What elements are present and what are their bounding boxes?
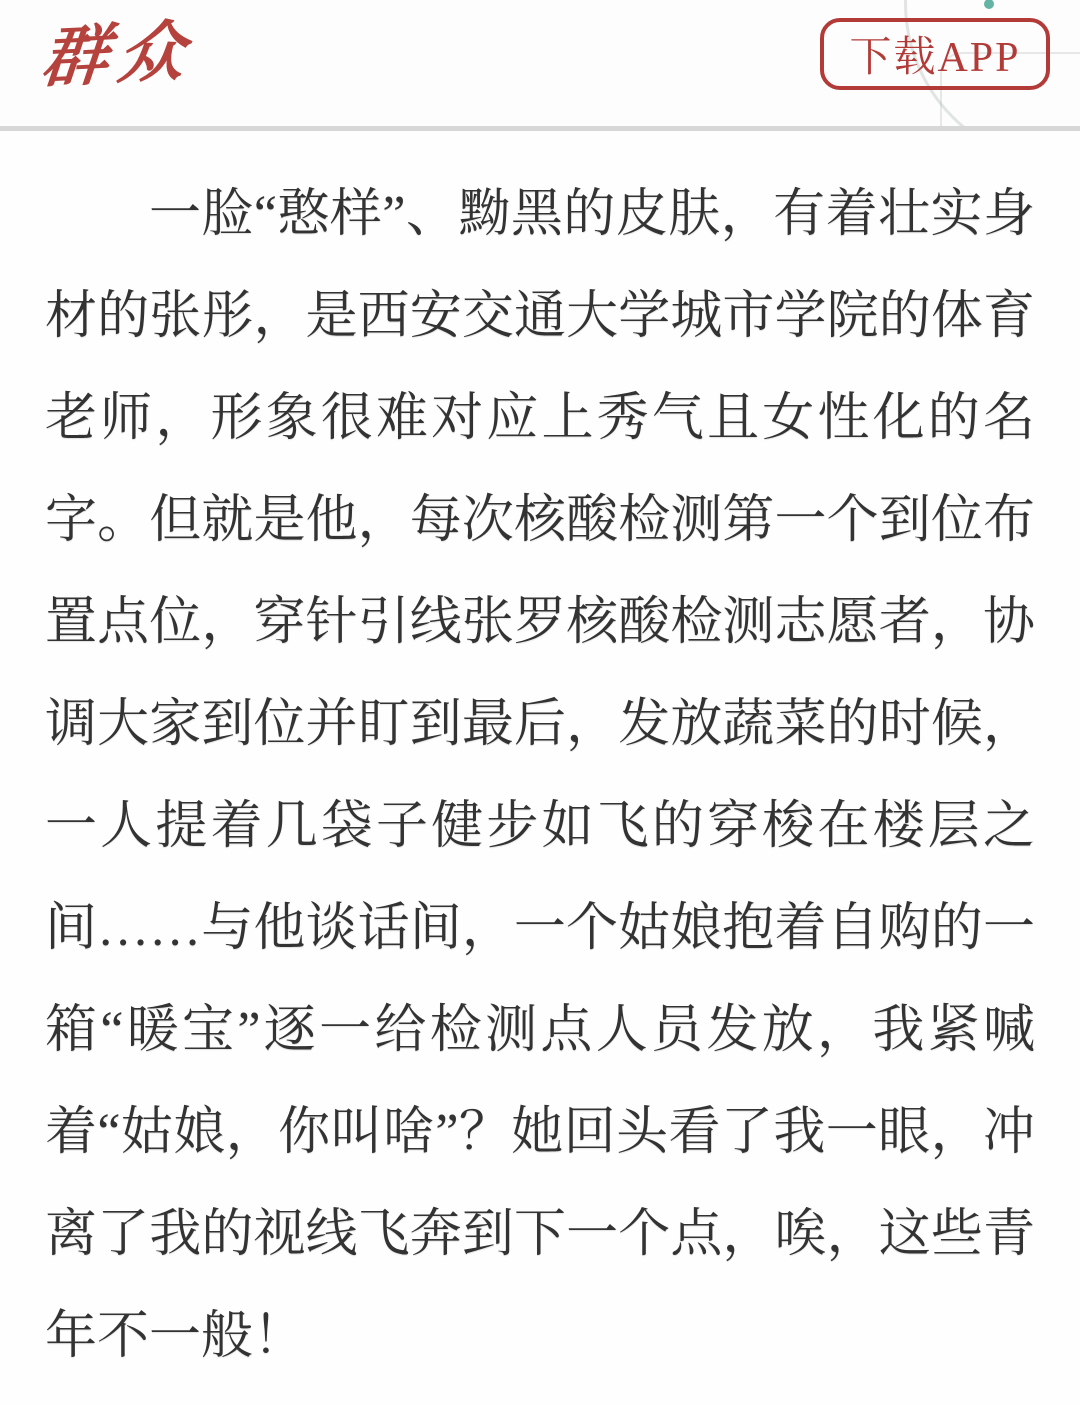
article-body: 一脸“憨样”、黝黑的皮肤，有着壮实身材的张彤，是西安交通大学城市学院的体育老师，…	[45, 164, 1035, 1388]
header-divider	[0, 126, 1080, 131]
article-paragraph: 一脸“憨样”、黝黑的皮肤，有着壮实身材的张彤，是西安交通大学城市学院的体育老师，…	[45, 164, 1035, 1388]
qunzhong-logo[interactable]: 群众	[37, 4, 198, 108]
download-app-button[interactable]: 下载APP	[820, 18, 1050, 90]
app-header: 群众 下载APP	[0, 0, 1080, 126]
article-page: 群众 下载APP 一脸“憨样”、黝黑的皮肤，有着壮实身材的张彤，是西安交通大学城…	[0, 0, 1080, 1405]
